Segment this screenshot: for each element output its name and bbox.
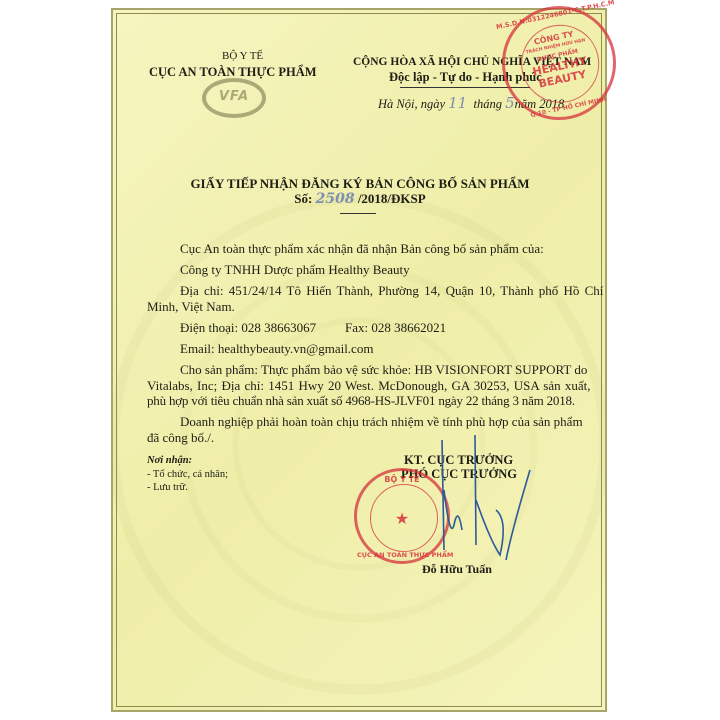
title-underline	[340, 213, 376, 214]
handwritten-day: 11	[448, 94, 467, 112]
ministry-name: BỘ Y TẾ	[222, 50, 263, 62]
intro-text: Cục An toàn thực phẩm xác nhận đã nhận B…	[180, 241, 544, 257]
phone-number: Điện thoại: 028 38663067	[180, 320, 316, 336]
vfa-logo-icon: VFA	[202, 78, 266, 118]
address-line-1: Địa chỉ: 451/24/14 Tô Hiến Thành, Phường…	[180, 283, 603, 299]
fax-number: Fax: 028 38662021	[345, 320, 446, 336]
recipients-label: Nơi nhận:	[147, 455, 192, 466]
signatory-name: Đỗ Hữu Tuấn	[422, 562, 492, 577]
address-line-2: Minh, Việt Nam.	[147, 299, 235, 315]
company-name: Công ty TNHH Dược phẩm Healthy Beauty	[180, 262, 410, 278]
product-line-3: phù hợp với tiêu chuẩn nhà sản xuất số 4…	[147, 393, 575, 409]
responsibility-line-2: đã công bố./.	[147, 430, 214, 446]
recipient-item: - Lưu trữ.	[147, 482, 188, 493]
recipient-item: - Tổ chức, cá nhân;	[147, 469, 228, 480]
product-line-2: Vitalabs, Inc; Địa chỉ: 1451 Hwy 20 West…	[147, 378, 591, 394]
handwritten-number: 2508	[316, 191, 355, 207]
responsibility-line-1: Doanh nghiệp phải hoàn toàn chịu trách n…	[180, 414, 583, 430]
document-number: Số: 2508 /2018/ĐKSP	[0, 191, 720, 207]
document-title: GIẤY TIẾP NHẬN ĐĂNG KÝ BẢN CÔNG BỐ SẢN P…	[0, 176, 720, 192]
email-address: Email: healthybeauty.vn@gmail.com	[180, 341, 373, 357]
product-line-1: Cho sản phẩm: Thực phẩm bảo vệ sức khỏe:…	[180, 362, 587, 378]
handwritten-signature	[430, 430, 560, 570]
